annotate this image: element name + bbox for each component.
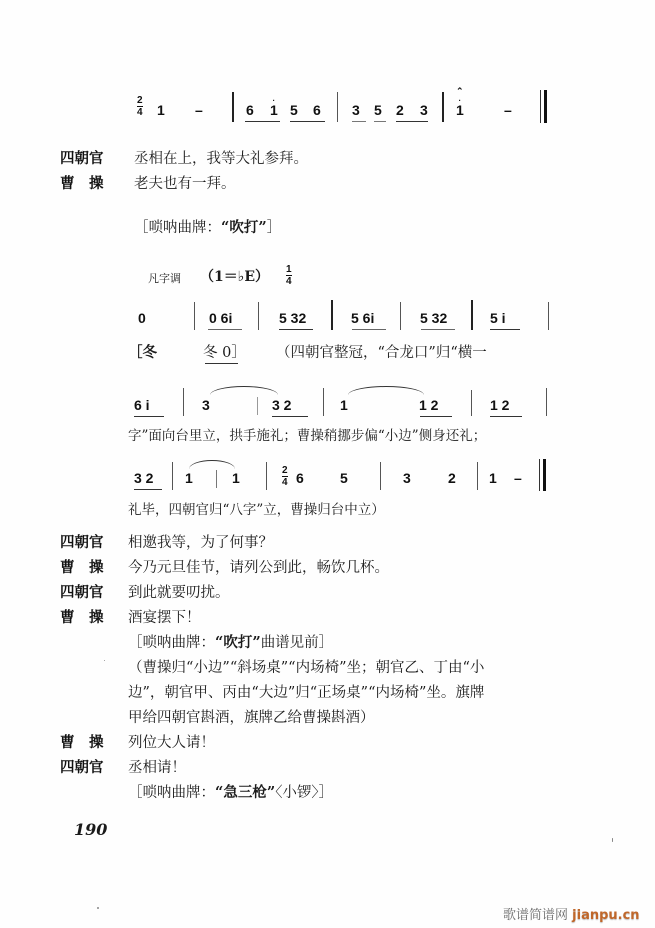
note: 6 <box>246 103 254 117</box>
barline-dashed <box>216 470 217 488</box>
note: 3 <box>403 471 411 485</box>
beam <box>490 416 522 417</box>
beam <box>352 121 366 122</box>
beam <box>279 329 313 330</box>
beam <box>134 416 164 417</box>
beam <box>352 329 386 330</box>
barline <box>172 462 173 490</box>
note: 1 <box>232 471 240 485</box>
stage-direction: （四朝官整冠，“合龙口”归“横一 <box>276 344 487 362</box>
dash-sustain: – <box>504 102 512 118</box>
dialogue-line: 老夫也有一拜。 <box>134 175 236 193</box>
dash-sustain: – <box>195 102 203 118</box>
barline <box>380 462 381 490</box>
barline <box>232 92 234 122</box>
percussion-open: ［冬 <box>128 344 157 362</box>
time-signature: 2 4 <box>282 466 288 487</box>
dialogue-line: 今乃元旦佳节，请列公到此，畅饮几杯。 <box>128 559 389 577</box>
note-group: 5 6i <box>351 311 374 325</box>
note-group: 5 32 <box>420 311 447 325</box>
beam <box>421 329 455 330</box>
note-group: 6 i <box>134 398 150 412</box>
speaker-name: 四朝官 <box>60 534 104 552</box>
note: 3 <box>352 103 360 117</box>
beam <box>272 416 308 417</box>
score-page: 2 4 1 – 6 ·1 5 6 3 5 2 3 ⌃ ·1 – 四朝官 丞相在上… <box>0 0 655 928</box>
beam <box>396 121 428 122</box>
note: 3 <box>420 103 428 117</box>
scan-speck <box>104 660 105 661</box>
slur <box>348 386 424 395</box>
dialogue-line: 相邀我等，为了何事？ <box>128 534 273 552</box>
note: 5 <box>374 103 382 117</box>
percussion-pattern: 冬 0］ <box>203 344 246 362</box>
beam <box>208 329 242 330</box>
stage-direction: 字”面向台里立，拱手施礼；曹操稍挪步偏“小边”侧身还礼； <box>128 427 486 445</box>
barline <box>442 92 444 122</box>
stage-direction-line: 边”，朝官甲、丙由“大边”归“正场桌”“内场椅”坐。旗牌 <box>128 684 484 702</box>
dialogue-line: 到此就要叨扰。 <box>128 584 230 602</box>
note-group: 3 2 <box>134 471 153 485</box>
note-high: ·1 <box>270 103 278 117</box>
barline <box>266 462 267 490</box>
note: 0 <box>138 311 146 325</box>
dialogue-line: 丞相请！ <box>128 759 186 777</box>
beam <box>420 416 452 417</box>
note: 2 <box>448 471 456 485</box>
time-signature: 2 4 <box>137 96 143 117</box>
beam <box>205 363 238 364</box>
music-cue-3: ［唢呐曲牌：“急三枪”〈小锣〉］ <box>128 784 333 802</box>
note-group: 1 2 <box>419 398 438 412</box>
final-barline-thick <box>543 459 546 491</box>
scan-speck <box>97 907 99 909</box>
speaker-name: 曹 操 <box>60 175 104 193</box>
note: 1 <box>185 471 193 485</box>
note: 6 <box>313 103 321 117</box>
barline <box>400 302 401 330</box>
note-group: 0 6i <box>209 311 232 325</box>
barline <box>194 302 195 330</box>
music-cue-2: ［唢呐曲牌：“吹打”曲谱见前］ <box>128 634 333 652</box>
speaker-name: 四朝官 <box>60 584 104 602</box>
barline <box>258 302 259 330</box>
note: 1 <box>340 398 348 412</box>
note: 6 <box>296 471 304 485</box>
note-group: 5 32 <box>279 311 306 325</box>
note: 5 <box>340 471 348 485</box>
speaker-name: 四朝官 <box>60 150 104 168</box>
stage-direction: 礼毕，四朝官归“八字”立，曹操归台中立） <box>128 501 385 519</box>
speaker-name: 四朝官 <box>60 759 104 777</box>
note: 1 <box>489 471 497 485</box>
speaker-name: 曹 操 <box>60 609 104 627</box>
note: 1 <box>157 103 165 117</box>
dialogue-line: 丞相在上，我等大礼参拜。 <box>134 150 308 168</box>
speaker-name: 曹 操 <box>60 734 104 752</box>
scan-speck <box>612 838 613 842</box>
beam <box>134 489 162 490</box>
barline <box>546 388 547 416</box>
music-cue-1: ［唢呐曲牌：“吹打”］ <box>134 219 281 237</box>
note-group: 3 2 <box>272 398 291 412</box>
dash-sustain: – <box>514 470 522 486</box>
note-group: 5 i <box>490 311 506 325</box>
time-signature: 1 4 <box>286 265 292 286</box>
barline <box>323 388 324 416</box>
key-signature: （1＝♭E） <box>200 266 269 286</box>
barline <box>471 390 472 416</box>
mode-label: 凡字调 <box>148 270 181 288</box>
beam <box>490 329 520 330</box>
beam <box>245 121 280 122</box>
dialogue-line: 列位大人请！ <box>128 734 215 752</box>
barline <box>548 302 549 330</box>
final-barline-thin <box>539 459 540 491</box>
stage-direction-line: 甲给四朝官斟酒，旗牌乙给曹操斟酒） <box>128 709 375 727</box>
note-high: ·1 <box>456 103 464 117</box>
stage-direction-line: （曹操归“小边”“斜场桌”“内场椅”坐；朝官乙、丁由“小 <box>128 659 484 677</box>
dialogue-line: 酒宴摆下！ <box>128 609 201 627</box>
slur <box>210 386 278 395</box>
slur <box>189 460 235 469</box>
barline <box>331 300 333 330</box>
note: 2 <box>396 103 404 117</box>
speaker-name: 曹 操 <box>60 559 104 577</box>
barline-dashed <box>257 397 258 415</box>
final-barline-thick <box>544 90 547 123</box>
barline <box>183 388 184 416</box>
page-number: 190 <box>74 820 107 839</box>
note: 5 <box>290 103 298 117</box>
watermark: 歌谱简谱网 jianpu.cn <box>503 904 640 923</box>
barline <box>477 462 478 490</box>
beam <box>290 121 325 122</box>
final-barline-thin <box>540 90 541 123</box>
note: 3 <box>202 398 210 412</box>
barline <box>471 300 473 330</box>
beam <box>374 121 386 122</box>
note-group: 1 2 <box>490 398 509 412</box>
barline <box>337 92 338 122</box>
